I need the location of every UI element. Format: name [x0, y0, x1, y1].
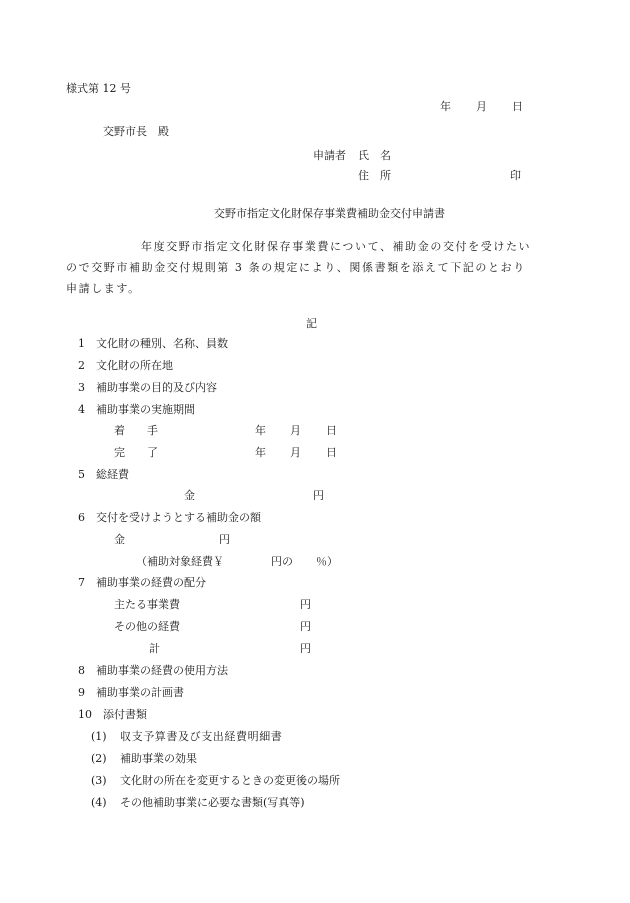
allocation-other-yen: 円 [300, 621, 311, 632]
attachment-number: (4) [91, 797, 107, 808]
start-label: 着 手 [114, 425, 158, 436]
item-label: 補助事業の経費の使用方法 [96, 665, 228, 676]
subsidy-note-end: ％） [316, 556, 338, 567]
item-label: 交付を受けようとする補助金の額 [96, 512, 261, 523]
item-label: 補助事業の計画書 [96, 687, 184, 698]
item-label: 補助事業の経費の配分 [96, 577, 206, 588]
allocation-other-label: その他の経費 [114, 621, 180, 632]
item-number: 7 [78, 577, 85, 588]
item-number: 10 [78, 709, 92, 720]
start-day: 日 [326, 425, 337, 436]
item-number: 5 [78, 469, 85, 480]
item-label: 補助事業の実施期間 [96, 404, 195, 415]
address-label: 住 所 [358, 170, 391, 181]
attachment-label: 補助事業の効果 [120, 753, 197, 764]
item-number: 4 [78, 404, 85, 415]
ki-heading: 記 [306, 318, 317, 329]
document-title: 交野市指定文化財保存事業費補助金交付申請書 [214, 208, 445, 219]
attachment-number: (1) [91, 731, 107, 742]
item-label: 総経費 [96, 469, 129, 480]
body-line-3: 申請します。 [66, 283, 141, 294]
total-cost-yen: 円 [313, 490, 324, 501]
attachment-number: (3) [91, 775, 107, 786]
item-number: 2 [78, 360, 85, 371]
total-cost-kin: 金 [184, 490, 195, 501]
subsidy-note-start: （補助対象経費￥ [136, 556, 224, 567]
applicant-label: 申請者 [313, 150, 346, 161]
item-number: 1 [78, 338, 85, 349]
date-year: 年 [440, 101, 451, 112]
attachment-label: 収支予算書及び支出経費明細書 [120, 731, 282, 742]
item-number: 6 [78, 512, 85, 523]
allocation-main-yen: 円 [300, 599, 311, 610]
body-line-1: 年度交野市指定文化財保存事業費について、補助金の交付を受けたい [141, 241, 531, 252]
form-number: 様式第 12 号 [66, 83, 131, 94]
subsidy-kin: 金 [114, 534, 125, 545]
attachment-label: その他補助事業に必要な書類(写真等) [120, 797, 305, 808]
subsidy-note-mid: 円の [271, 556, 293, 567]
end-day: 日 [326, 447, 337, 458]
item-number: 9 [78, 687, 85, 698]
subsidy-yen: 円 [219, 534, 230, 545]
seal-mark: 印 [510, 170, 521, 181]
allocation-total-label: 計 [149, 643, 160, 654]
item-number: 3 [78, 382, 85, 393]
item-number: 8 [78, 665, 85, 676]
item-label: 文化財の所在地 [96, 360, 173, 371]
end-year: 年 [255, 447, 266, 458]
item-label: 補助事業の目的及び内容 [96, 382, 217, 393]
body-line-2: ので交野市補助金交付規則第 3 条の規定により、関係書類を添えて下記のとおり [66, 262, 526, 273]
item-label: 添付書類 [103, 709, 147, 720]
end-label: 完 了 [114, 447, 158, 458]
end-month: 月 [290, 447, 301, 458]
attachment-number: (2) [91, 753, 107, 764]
start-month: 月 [290, 425, 301, 436]
item-label: 文化財の種別、名称、員数 [96, 338, 228, 349]
allocation-total-yen: 円 [300, 643, 311, 654]
addressee: 交野市長 殿 [103, 126, 169, 137]
start-year: 年 [255, 425, 266, 436]
attachment-label: 文化財の所在を変更するときの変更後の場所 [120, 775, 340, 786]
name-label: 氏 名 [358, 150, 391, 161]
date-month: 月 [476, 101, 487, 112]
allocation-main-label: 主たる事業費 [114, 599, 180, 610]
date-day: 日 [512, 101, 523, 112]
